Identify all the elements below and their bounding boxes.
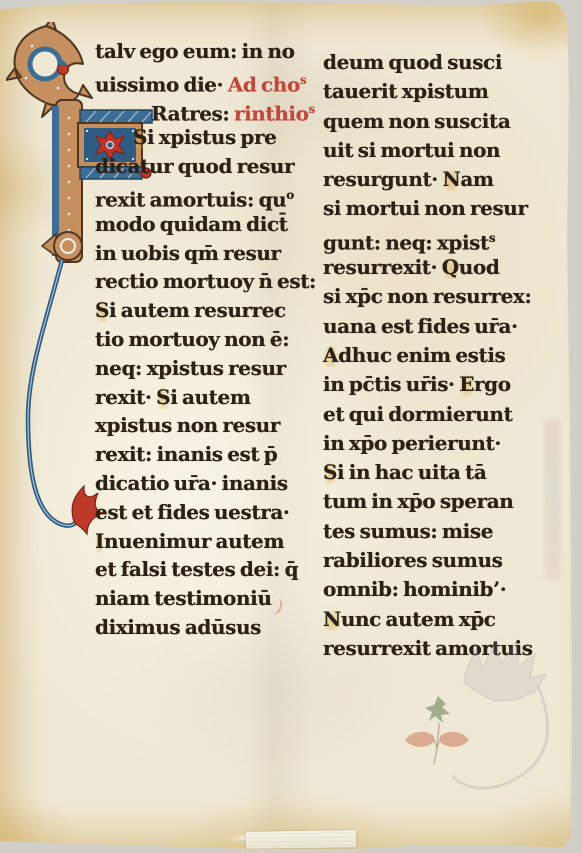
text-line: si mortui non resur — [323, 194, 533, 223]
text-line: rexit: inanis est p̄ — [95, 440, 316, 469]
body-text: S — [95, 298, 109, 322]
text-line: tauerit xpistum — [323, 77, 533, 106]
showthrough-flourish — [452, 640, 548, 788]
body-text: in uobis qm̄ resur — [95, 241, 281, 265]
body-text: rexit· — [95, 385, 156, 409]
text-line: Inuenimur autem — [95, 527, 316, 556]
body-text: neq: xpistus resur — [95, 356, 286, 380]
text-line: tum in xp̄o speran — [323, 487, 533, 516]
body-text: S — [133, 125, 147, 149]
body-text: E — [459, 372, 474, 396]
body-text: niam testimoniū — [95, 586, 271, 610]
text-line: uana est fides ur̄a· — [323, 312, 533, 341]
text-line: rabiliores sumus — [323, 546, 533, 575]
text-line: xpistus non resur — [95, 411, 316, 440]
body-text: A — [323, 343, 338, 367]
initial-tail — [28, 260, 80, 526]
body-text: xpistus non resur — [95, 413, 280, 437]
text-line: gunt: neq: xpists — [323, 224, 533, 253]
body-text: in pc̄tis ur̄is· — [323, 372, 459, 396]
text-line: Adhuc enim estis — [323, 341, 533, 370]
body-text: in xp̄o perierunt· — [323, 431, 501, 455]
text-line: Si in hac uita tā — [323, 458, 533, 487]
text-line: diximus adūsus — [95, 613, 316, 642]
body-text: et qui dormierunt — [323, 402, 512, 426]
photo-backdrop: talv ego eum: in nouissimo die· Ad chosR… — [0, 0, 582, 853]
showthrough-vine-sprig — [388, 628, 568, 803]
text-line: Ratres: rinthios — [95, 95, 316, 124]
body-text: si xp̄c non resurrex: — [323, 284, 531, 308]
text-line: deum quod susci — [323, 48, 533, 77]
body-text: Q — [442, 255, 459, 279]
body-text: et falsi testes dei: q̄ — [95, 557, 298, 581]
body-text: gunt: neq: xpist — [323, 230, 489, 254]
body-text: i autem resurrec — [109, 298, 286, 322]
body-text: diximus adūsus — [95, 615, 261, 639]
body-text: resurrexit· — [323, 255, 442, 279]
text-line: rectio mortuoy n̄ est: — [95, 267, 316, 296]
text-line: si xp̄c non resurrex: — [323, 282, 533, 311]
body-text: nuenimur autem — [104, 529, 284, 553]
text-line: quem non suscita — [323, 107, 533, 136]
body-text: i autem — [170, 385, 250, 409]
body-text: si mortui non resur — [323, 196, 528, 220]
text-line: rexit amortuis: quo — [95, 181, 316, 210]
body-text: rexit amortuis: qu — [95, 188, 286, 212]
rubric-text: s — [300, 73, 307, 87]
text-line: et falsi testes dei: q̄ — [95, 555, 316, 584]
text-line: rexit· Si autem — [95, 383, 316, 412]
text-line: est et fides uestra· — [95, 498, 316, 527]
body-text: quem non suscita — [323, 109, 510, 133]
body-text: tum in xp̄o speran — [323, 489, 513, 513]
body-text: Ratres: — [151, 101, 234, 125]
body-text: rexit: inanis est p̄ — [95, 442, 277, 466]
body-text: o — [286, 188, 294, 202]
text-column-right: deum quod suscitauerit xpistumquem non s… — [323, 48, 533, 663]
text-line: in pc̄tis ur̄is· Ergo — [323, 370, 533, 399]
text-line: modo quidam dict̄ — [95, 210, 316, 239]
body-text: deum quod susci — [323, 50, 502, 74]
text-line: et qui dormierunt — [323, 400, 533, 429]
body-text: am — [460, 167, 493, 191]
body-text: i xpistus pre — [147, 125, 276, 149]
body-text: N — [323, 607, 341, 631]
body-text: dicatio ur̄a· inanis — [95, 471, 288, 495]
body-text: dhuc enim estis — [338, 343, 505, 367]
text-line: talv ego eum: in no — [95, 37, 316, 66]
body-text: i in hac uita tā — [337, 460, 486, 484]
text-line: Si autem resurrec — [95, 296, 316, 325]
rubric-text: Ad cho — [228, 72, 300, 96]
initial-foot-knob — [42, 232, 82, 260]
body-text: resurgunt· — [323, 167, 442, 191]
body-text: I — [95, 529, 104, 553]
body-text: est et fides uestra· — [95, 500, 289, 524]
repair-tape-tab — [246, 830, 356, 849]
text-line: dicatur quod resur — [95, 152, 316, 181]
manuscript-leaf: talv ego eum: in nouissimo die· Ad chosR… — [0, 0, 582, 853]
salmon-leaf-icon — [440, 732, 469, 747]
body-text: tes sumus: mise — [323, 519, 493, 543]
text-line: tio mortuoy non ē: — [95, 325, 316, 354]
body-text: rabiliores sumus — [323, 548, 502, 572]
text-line: resurgunt· Nam — [323, 165, 533, 194]
body-text: s — [489, 231, 496, 245]
verso-showthrough-smudge — [545, 420, 561, 580]
body-text: talv ego eum: in no — [95, 39, 295, 63]
text-line: niam testimoniū — [95, 584, 316, 613]
green-leaf-icon — [425, 696, 450, 723]
salmon-leaf-icon — [405, 732, 434, 747]
body-text: modo quidam dict̄ — [95, 212, 288, 236]
body-text: rgo — [474, 372, 511, 396]
text-line: neq: xpistus resur — [95, 354, 316, 383]
body-text: uana est fides ur̄a· — [323, 314, 518, 338]
text-line: in xp̄o perierunt· — [323, 429, 533, 458]
text-line: resurrexit· Quod — [323, 253, 533, 282]
body-text: uit si mortui non — [323, 138, 500, 162]
flower-sprig — [405, 696, 469, 764]
body-text: uod — [459, 255, 500, 279]
body-text: tauerit xpistum — [323, 79, 489, 103]
rubric-text: s — [309, 102, 316, 116]
body-text: uissimo die· — [95, 72, 228, 96]
text-line: dicatio ur̄a· inanis — [95, 469, 316, 498]
text-line: uit si mortui non — [323, 136, 533, 165]
body-text: omnib: hominib’· — [323, 577, 506, 601]
body-text: dicatur quod resur — [95, 154, 294, 178]
text-line: in uobis qm̄ resur — [95, 239, 316, 268]
text-line: Si xpistus pre — [95, 123, 316, 152]
body-text: S — [156, 385, 170, 409]
text-line: uissimo die· Ad chos — [95, 66, 316, 95]
rubric-text: rinthio — [234, 101, 309, 125]
body-text: N — [442, 167, 460, 191]
body-text: S — [323, 460, 337, 484]
text-line: tes sumus: mise — [323, 517, 533, 546]
text-line: omnib: hominib’· — [323, 575, 533, 604]
text-column-left: talv ego eum: in nouissimo die· Ad chosR… — [95, 37, 316, 642]
body-text: tio mortuoy non ē: — [95, 327, 289, 351]
body-text: rectio mortuoy n̄ est: — [95, 269, 316, 293]
